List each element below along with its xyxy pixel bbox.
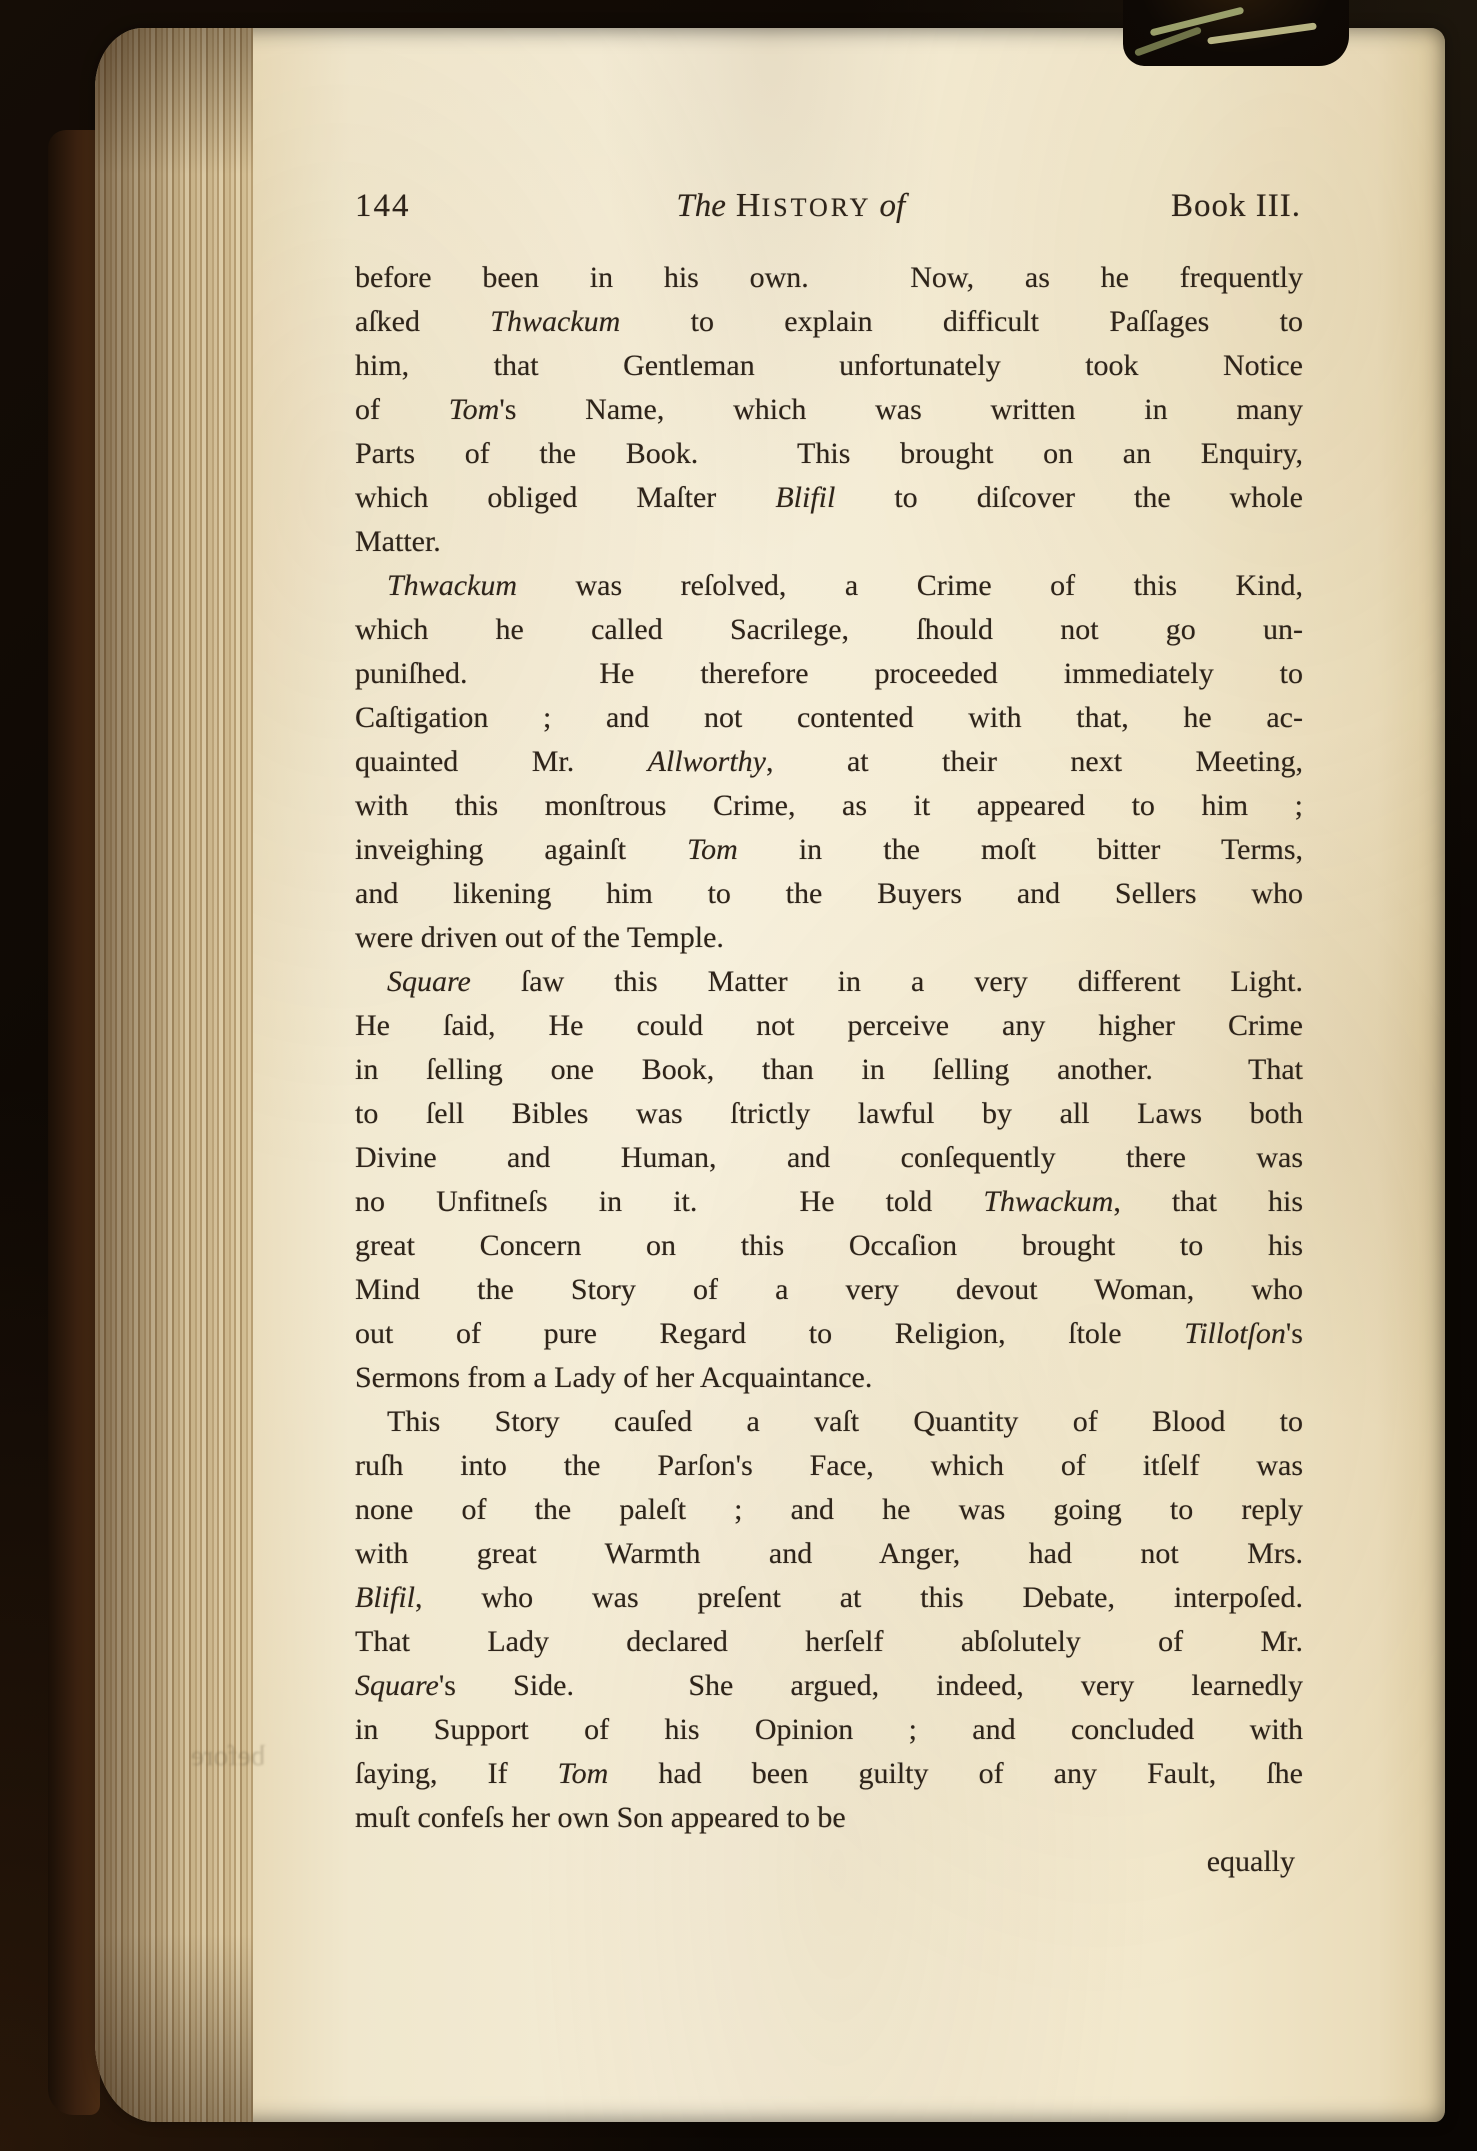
- text-block: before been in his own. Now, as he frequ…: [355, 256, 1303, 1840]
- paragraph: Thwackum was reſolved, a Crime of this K…: [355, 564, 1303, 960]
- text-line: in ſelling one Book, than in ſelling ano…: [355, 1048, 1303, 1092]
- text-line: in Support of his Opinion ; and conclude…: [355, 1708, 1303, 1752]
- page-edge-stack: [95, 28, 253, 2122]
- text-line: before been in his own. Now, as he frequ…: [355, 256, 1303, 300]
- running-title-history: HISTORY: [736, 184, 872, 230]
- paragraph: Square ſaw this Matter in a very differe…: [355, 960, 1303, 1400]
- text-line: inveighing againſt Tom in the moſt bitte…: [355, 828, 1303, 872]
- text-line: Mind the Story of a very devout Woman, w…: [355, 1268, 1303, 1312]
- text-line: He ſaid, He could not perceive any highe…: [355, 1004, 1303, 1048]
- text-line: Parts of the Book. This brought on an En…: [355, 432, 1303, 476]
- text-line: Thwackum was reſolved, a Crime of this K…: [355, 564, 1303, 608]
- text-line: ruſh into the Parſon's Face, which of it…: [355, 1444, 1303, 1488]
- text-line: Divine and Human, and conſequently there…: [355, 1136, 1303, 1180]
- book-cover-edge: [48, 130, 100, 2115]
- running-title-the: The: [676, 188, 726, 224]
- text-line: Caſtigation ; and not contented with tha…: [355, 696, 1303, 740]
- page-number: 144: [355, 184, 411, 228]
- running-title-of: of: [879, 188, 905, 224]
- headband-area: [1123, 0, 1349, 66]
- text-line: and likening him to the Buyers and Selle…: [355, 872, 1303, 916]
- paragraph: This Story cauſed a vaſt Quantity of Blo…: [355, 1400, 1303, 1840]
- text-line: Square ſaw this Matter in a very differe…: [355, 960, 1303, 1004]
- text-line: no Unfitneſs in it. He told Thwackum, th…: [355, 1180, 1303, 1224]
- text-line: Blifil, who was preſent at this Debate, …: [355, 1576, 1303, 1620]
- text-line: were driven out of the Temple.: [355, 916, 1303, 960]
- showthrough-text: before: [191, 1740, 265, 1773]
- catchword: equally: [1207, 1845, 1295, 1878]
- running-title: TheHISTORYof: [676, 184, 905, 230]
- text-line: which obliged Maſter Blifil to diſcover …: [355, 476, 1303, 520]
- text-line: which he called Sacrilege, ſhould not go…: [355, 608, 1303, 652]
- catchword-row: equally: [355, 1840, 1303, 1884]
- text-line: This Story cauſed a vaſt Quantity of Blo…: [355, 1400, 1303, 1444]
- text-line: muſt confeſs her own Son appeared to be: [355, 1796, 1303, 1840]
- text-line: aſked Thwackum to explain difficult Paſſ…: [355, 300, 1303, 344]
- text-line: with great Warmth and Anger, had not Mrs…: [355, 1532, 1303, 1576]
- text-line: That Lady declared herſelf abſolutely of…: [355, 1620, 1303, 1664]
- text-line: puniſhed. He therefore proceeded immedia…: [355, 652, 1303, 696]
- book-page: 144 TheHISTORYof Book III. before been i…: [95, 28, 1445, 2122]
- text-line: out of pure Regard to Religion, ſtole Ti…: [355, 1312, 1303, 1356]
- headband-thread: [1207, 22, 1317, 44]
- text-line: quainted Mr. Allworthy, at their next Me…: [355, 740, 1303, 784]
- paragraph: before been in his own. Now, as he frequ…: [355, 256, 1303, 564]
- book-label: Book III.: [1171, 184, 1301, 228]
- text-column: 144 TheHISTORYof Book III. before been i…: [355, 184, 1303, 1884]
- text-line: Matter.: [355, 520, 1303, 564]
- text-line: none of the paleſt ; and he was going to…: [355, 1488, 1303, 1532]
- photo-background: 144 TheHISTORYof Book III. before been i…: [0, 0, 1477, 2151]
- text-line: of Tom's Name, which was written in many: [355, 388, 1303, 432]
- text-line: ſaying, If Tom had been guilty of any Fa…: [355, 1752, 1303, 1796]
- text-line: great Concern on this Occaſion brought t…: [355, 1224, 1303, 1268]
- text-line: him, that Gentleman unfortunately took N…: [355, 344, 1303, 388]
- text-line: with this monſtrous Crime, as it appeare…: [355, 784, 1303, 828]
- running-header: 144 TheHISTORYof Book III.: [355, 184, 1303, 230]
- text-line: Sermons from a Lady of her Acquaintance.: [355, 1356, 1303, 1400]
- text-line: to ſell Bibles was ſtrictly lawful by al…: [355, 1092, 1303, 1136]
- text-line: Square's Side. She argued, indeed, very …: [355, 1664, 1303, 1708]
